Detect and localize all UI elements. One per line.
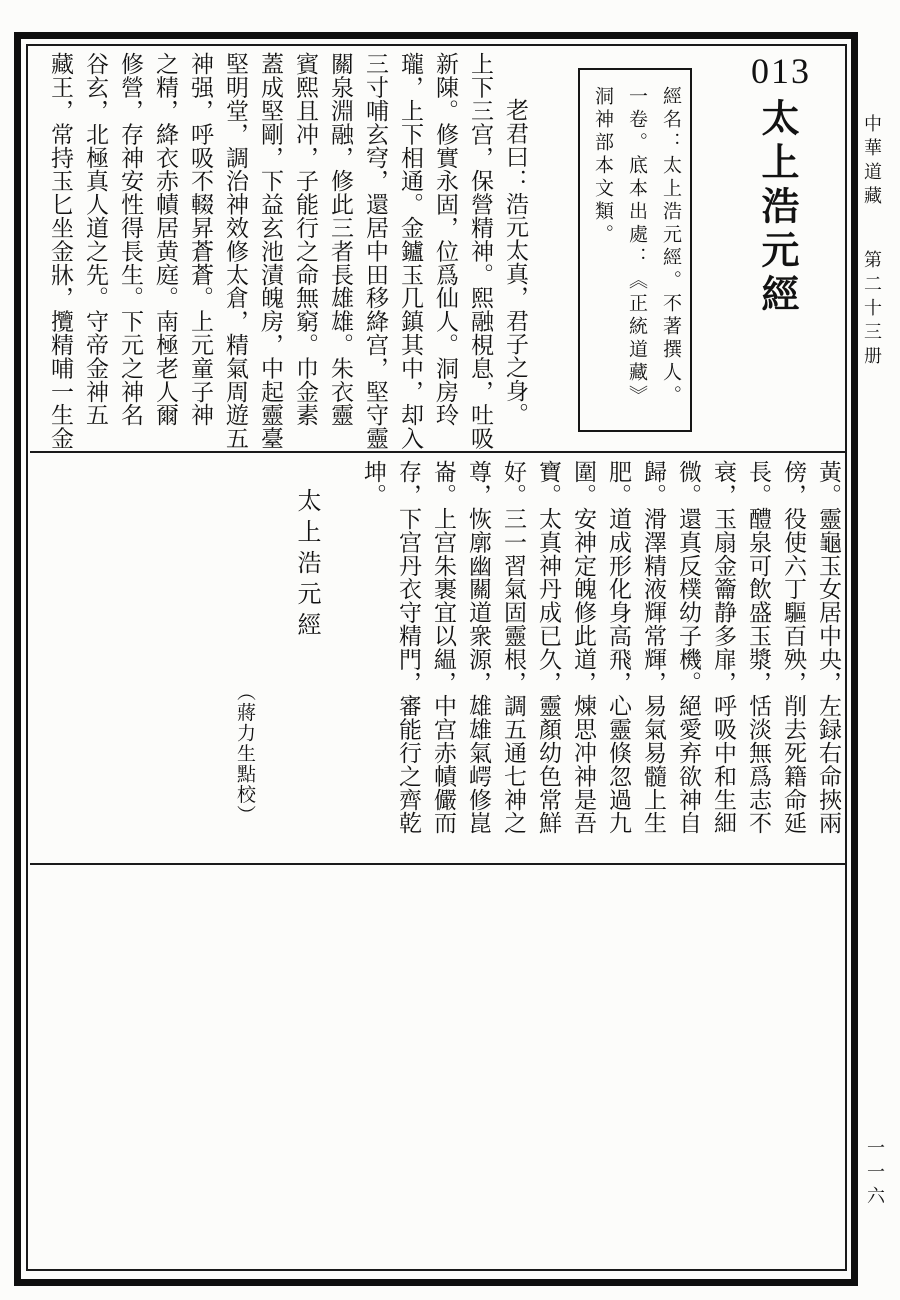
text-column: 存，下宫丹衣守精門，審能行之齊乾 bbox=[391, 460, 426, 860]
colophon-column: 經名：太上浩元經。不著撰人。 bbox=[653, 86, 687, 414]
text-column: 三寸哺玄穹，還居中田移絳宫，堅守靈 bbox=[358, 52, 393, 456]
text-column: 賓熙且冲，子能行之命無窮。巾金素 bbox=[288, 52, 323, 456]
text-column: 老君曰：浩元太真，君子之身。 bbox=[498, 52, 533, 456]
colophon-column: 一卷。底本出處：《正統道藏》 bbox=[619, 86, 653, 414]
text-column: 修營，存神安性得長生。下元之神名 bbox=[113, 52, 148, 456]
section-divider-line bbox=[30, 451, 846, 453]
text-column: 傍，役使六丁驅百殃，削去死籍命延 bbox=[776, 460, 811, 860]
text-column: 上下三宫，保營精神。熙融梘息，吐吸 bbox=[463, 52, 498, 456]
text-column: 肥。道成形化身高飛，心靈倏忽過九 bbox=[601, 460, 636, 860]
page-number: 一一六 bbox=[862, 1138, 888, 1210]
end-title: 太上浩元經 bbox=[288, 488, 324, 643]
text-column: 歸。滑澤精液輝常輝，易氣易髓上生 bbox=[636, 460, 671, 860]
scripture-text-section-1: 老君曰：浩元太真，君子之身。 上下三宫，保營精神。熙融梘息，吐吸 新陳。修實永固… bbox=[43, 52, 533, 456]
volume-title: 中華道藏 bbox=[859, 114, 885, 210]
text-column: 堅明堂，調治神效修太倉，精氣周遊五 bbox=[218, 52, 253, 456]
editor-note: （蔣力生點校） bbox=[228, 682, 260, 826]
volume-number: 第二十三册 bbox=[859, 250, 885, 370]
text-column: 之精，絳衣赤幘居黄庭。南極老人爾 bbox=[148, 52, 183, 456]
text-column: 關泉淵融，修此三者長雄雄。朱衣靈 bbox=[323, 52, 358, 456]
text-column: 寶。太真神丹成已久，靈顏幼色常鮮 bbox=[531, 460, 566, 860]
text-column: 藏王，常持玉匕坐金牀，攬精哺一生金 bbox=[43, 52, 78, 456]
text-column: 微。還真反樸幼子機。絕愛弃欲神自 bbox=[671, 460, 706, 860]
colophon-box: 經名：太上浩元經。不著撰人。 一卷。底本出處：《正統道藏》 洞神部本文類。 bbox=[578, 68, 692, 432]
colophon-column: 洞神部本文類。 bbox=[585, 86, 619, 414]
scripture-text-section-2: 黃。靈龜玉女居中央，左録右命挾兩 傍，役使六丁驅百殃，削去死籍命延 長。醴泉可飲… bbox=[356, 460, 846, 860]
text-column: 谷玄，北極真人道之先。守帝金神五 bbox=[78, 52, 113, 456]
text-column: 新陳。修實永固，位爲仙人。洞房玲 bbox=[428, 52, 463, 456]
text-column: 圍。安神定魄修此道，煉思冲神是吾 bbox=[566, 460, 601, 860]
text-column: 蓋成堅剛，下益玄池漬魄房，中起靈臺 bbox=[253, 52, 288, 456]
text-column: 坤。 bbox=[356, 460, 391, 860]
text-column: 衰，玉扇金籥静多扉，呼吸中和生細 bbox=[706, 460, 741, 860]
text-column: 神强，呼吸不輟昇蒼蒼。上元童子神 bbox=[183, 52, 218, 456]
text-column: 好。三一習氣固靈根，調五通七神之 bbox=[496, 460, 531, 860]
scanned-book-page: 中華道藏 第二十三册 一一六 013 太上浩元經 經名：太上浩元經。不著撰人。 … bbox=[0, 0, 900, 1300]
serial-number: 013 bbox=[751, 50, 811, 92]
text-column: 尊，恢廓幽關道衆源，雄雄氣崿修崑 bbox=[461, 460, 496, 860]
scripture-title: 太上浩元經 bbox=[753, 98, 799, 318]
text-column: 崙。上宫朱裹宜以緼，中宫赤幘儼而 bbox=[426, 460, 461, 860]
text-column: 瓏，上下相通。金鑪玉几鎮其中，却入 bbox=[393, 52, 428, 456]
bottom-divider-line bbox=[30, 863, 846, 865]
text-column: 長。醴泉可飲盛玉漿，恬淡無爲志不 bbox=[741, 460, 776, 860]
text-column: 黃。靈龜玉女居中央，左録右命挾兩 bbox=[811, 460, 846, 860]
